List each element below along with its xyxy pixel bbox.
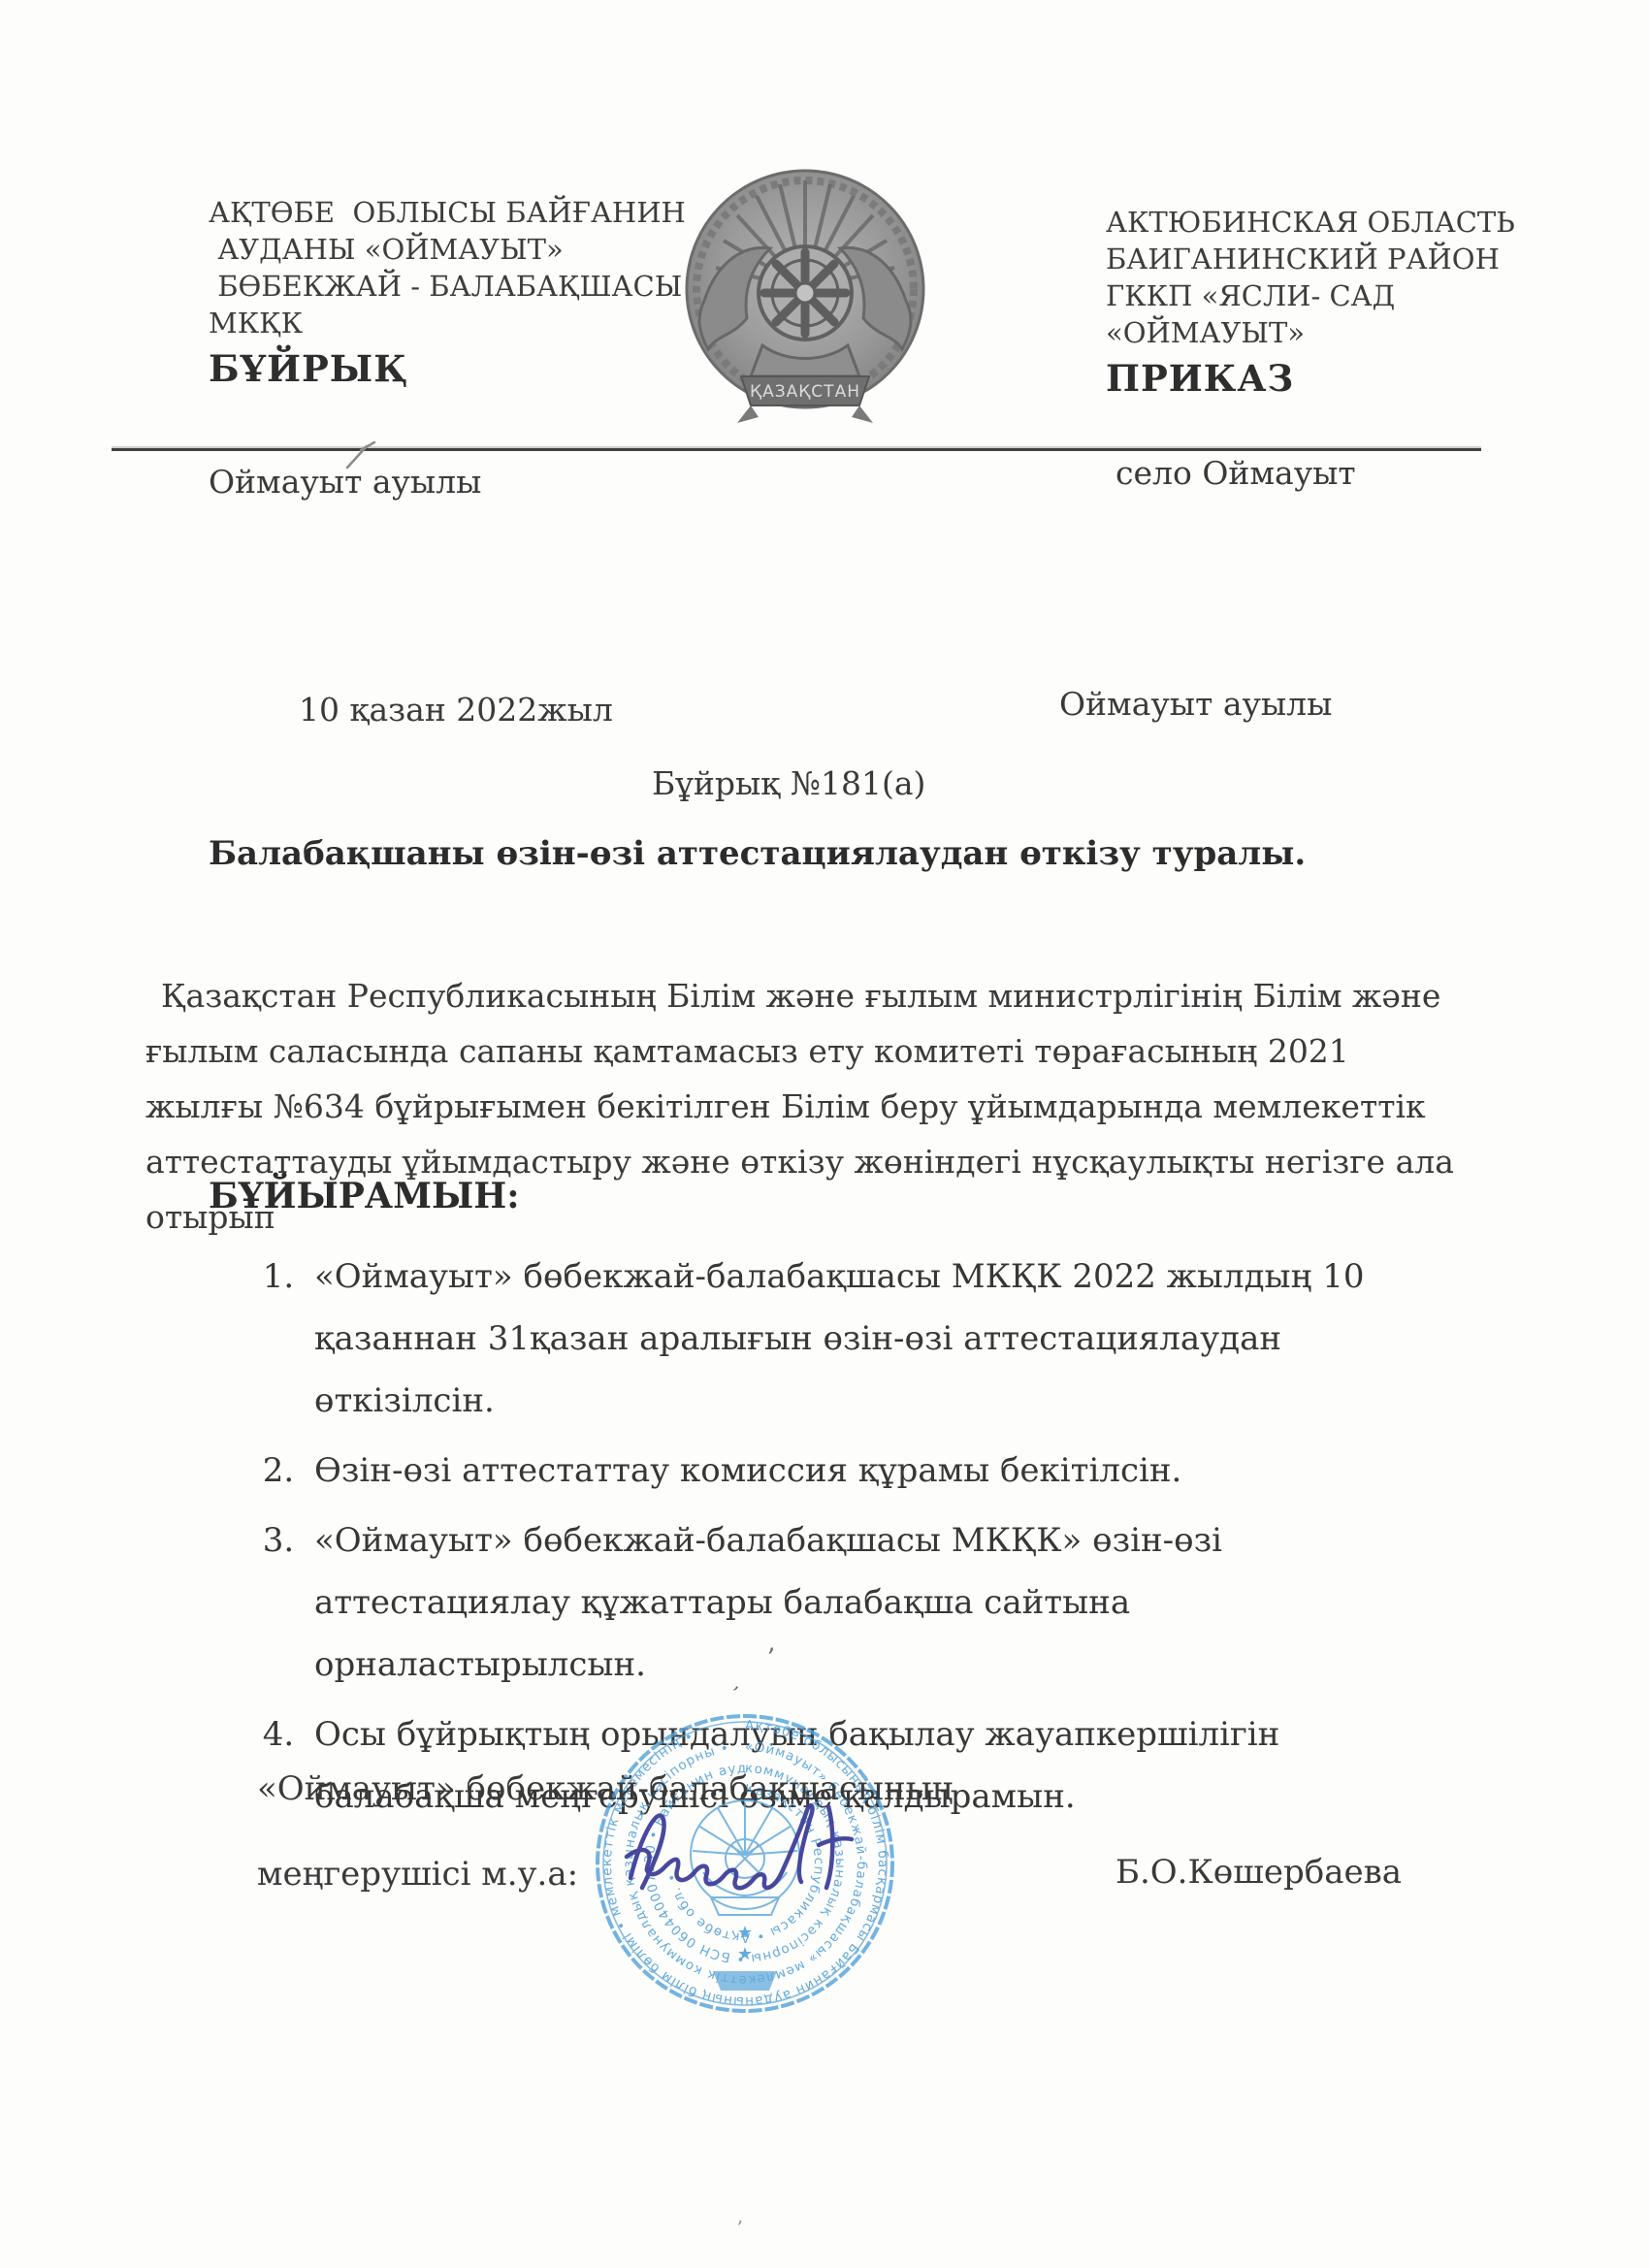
header-left-block: АҚТӨБЕ ОБЛЫСЫ БАЙҒАНИН АУДАНЫ «ОЙМАУЫТ» …: [209, 194, 655, 390]
ink-mark: ,: [737, 2204, 743, 2227]
order-title-kk: БҰЙРЫҚ: [209, 347, 655, 390]
org-name-ru-line: АКТЮБИНСКАЯ ОБЛАСТЬ: [1106, 204, 1552, 241]
signature-org-line: «Оймауыт» бөбекжай-балабақшасының: [257, 1769, 953, 1808]
order-subject: Балабақшаны өзін-өзі аттестациялаудан өт…: [209, 834, 1306, 873]
org-name-kk-line: МКҚК: [209, 305, 655, 341]
ink-mark: [341, 438, 380, 471]
list-item-1: «Оймауыт» бөбекжай-балабақшасы МКҚК 2022…: [305, 1246, 1430, 1432]
org-name-ru-line: ГККП «ЯСЛИ- САД: [1106, 277, 1552, 314]
signer-name: Б.О.Көшербаева: [1115, 1853, 1402, 1892]
stamp-banner-shape: [713, 1971, 777, 1991]
org-name-kk-line: БӨБЕКЖАЙ - БАЛАБАҚШАСЫ: [209, 268, 655, 305]
org-name-kk-line: АУДАНЫ «ОЙМАУЫТ»: [209, 231, 655, 268]
order-title-ru: ПРИКАЗ: [1106, 357, 1552, 400]
resolve-heading: БҰЙЫРАМЫН:: [209, 1176, 520, 1216]
ink-mark: ʼ: [766, 1644, 774, 1673]
list-item-2: Өзін-өзі аттестаттау комиссия құрамы бек…: [305, 1440, 1430, 1502]
emblem-banner-text: ҚАЗАҚСТАН: [750, 382, 860, 402]
header-right-block: АКТЮБИНСКАЯ ОБЛАСТЬ БАИГАНИНСКИЙ РАЙОН Г…: [1106, 204, 1552, 400]
document-page: АҚТӨБЕ ОБЛЫСЫ БАЙҒАНИН АУДАНЫ «ОЙМАУЫТ» …: [0, 0, 1649, 2268]
signature-role-line: меңгерушісі м.у.а:: [257, 1855, 578, 1894]
org-name-ru-line: БАИГАНИНСКИЙ РАЙОН: [1106, 241, 1552, 277]
stamp-star: ★: [737, 1944, 753, 1964]
list-item-3: «Оймауыт» бөбекжай-балабақшасы МКҚК» өзі…: [305, 1509, 1430, 1696]
order-place: Оймауыт ауылы: [1059, 685, 1332, 723]
kazakhstan-coat-of-arms-icon: ҚАЗАҚСТАН: [669, 155, 941, 437]
order-number: Бұйрық №181(а): [652, 764, 925, 802]
org-name-ru-line: «ОЙМАУЫТ»: [1106, 314, 1552, 351]
separator-line: [112, 448, 1481, 451]
org-name-kk-line: АҚТӨБЕ ОБЛЫСЫ БАЙҒАНИН: [209, 194, 655, 231]
place-right: село Оймауыт: [1115, 454, 1356, 492]
order-date: 10 қазан 2022жыл: [299, 691, 613, 729]
